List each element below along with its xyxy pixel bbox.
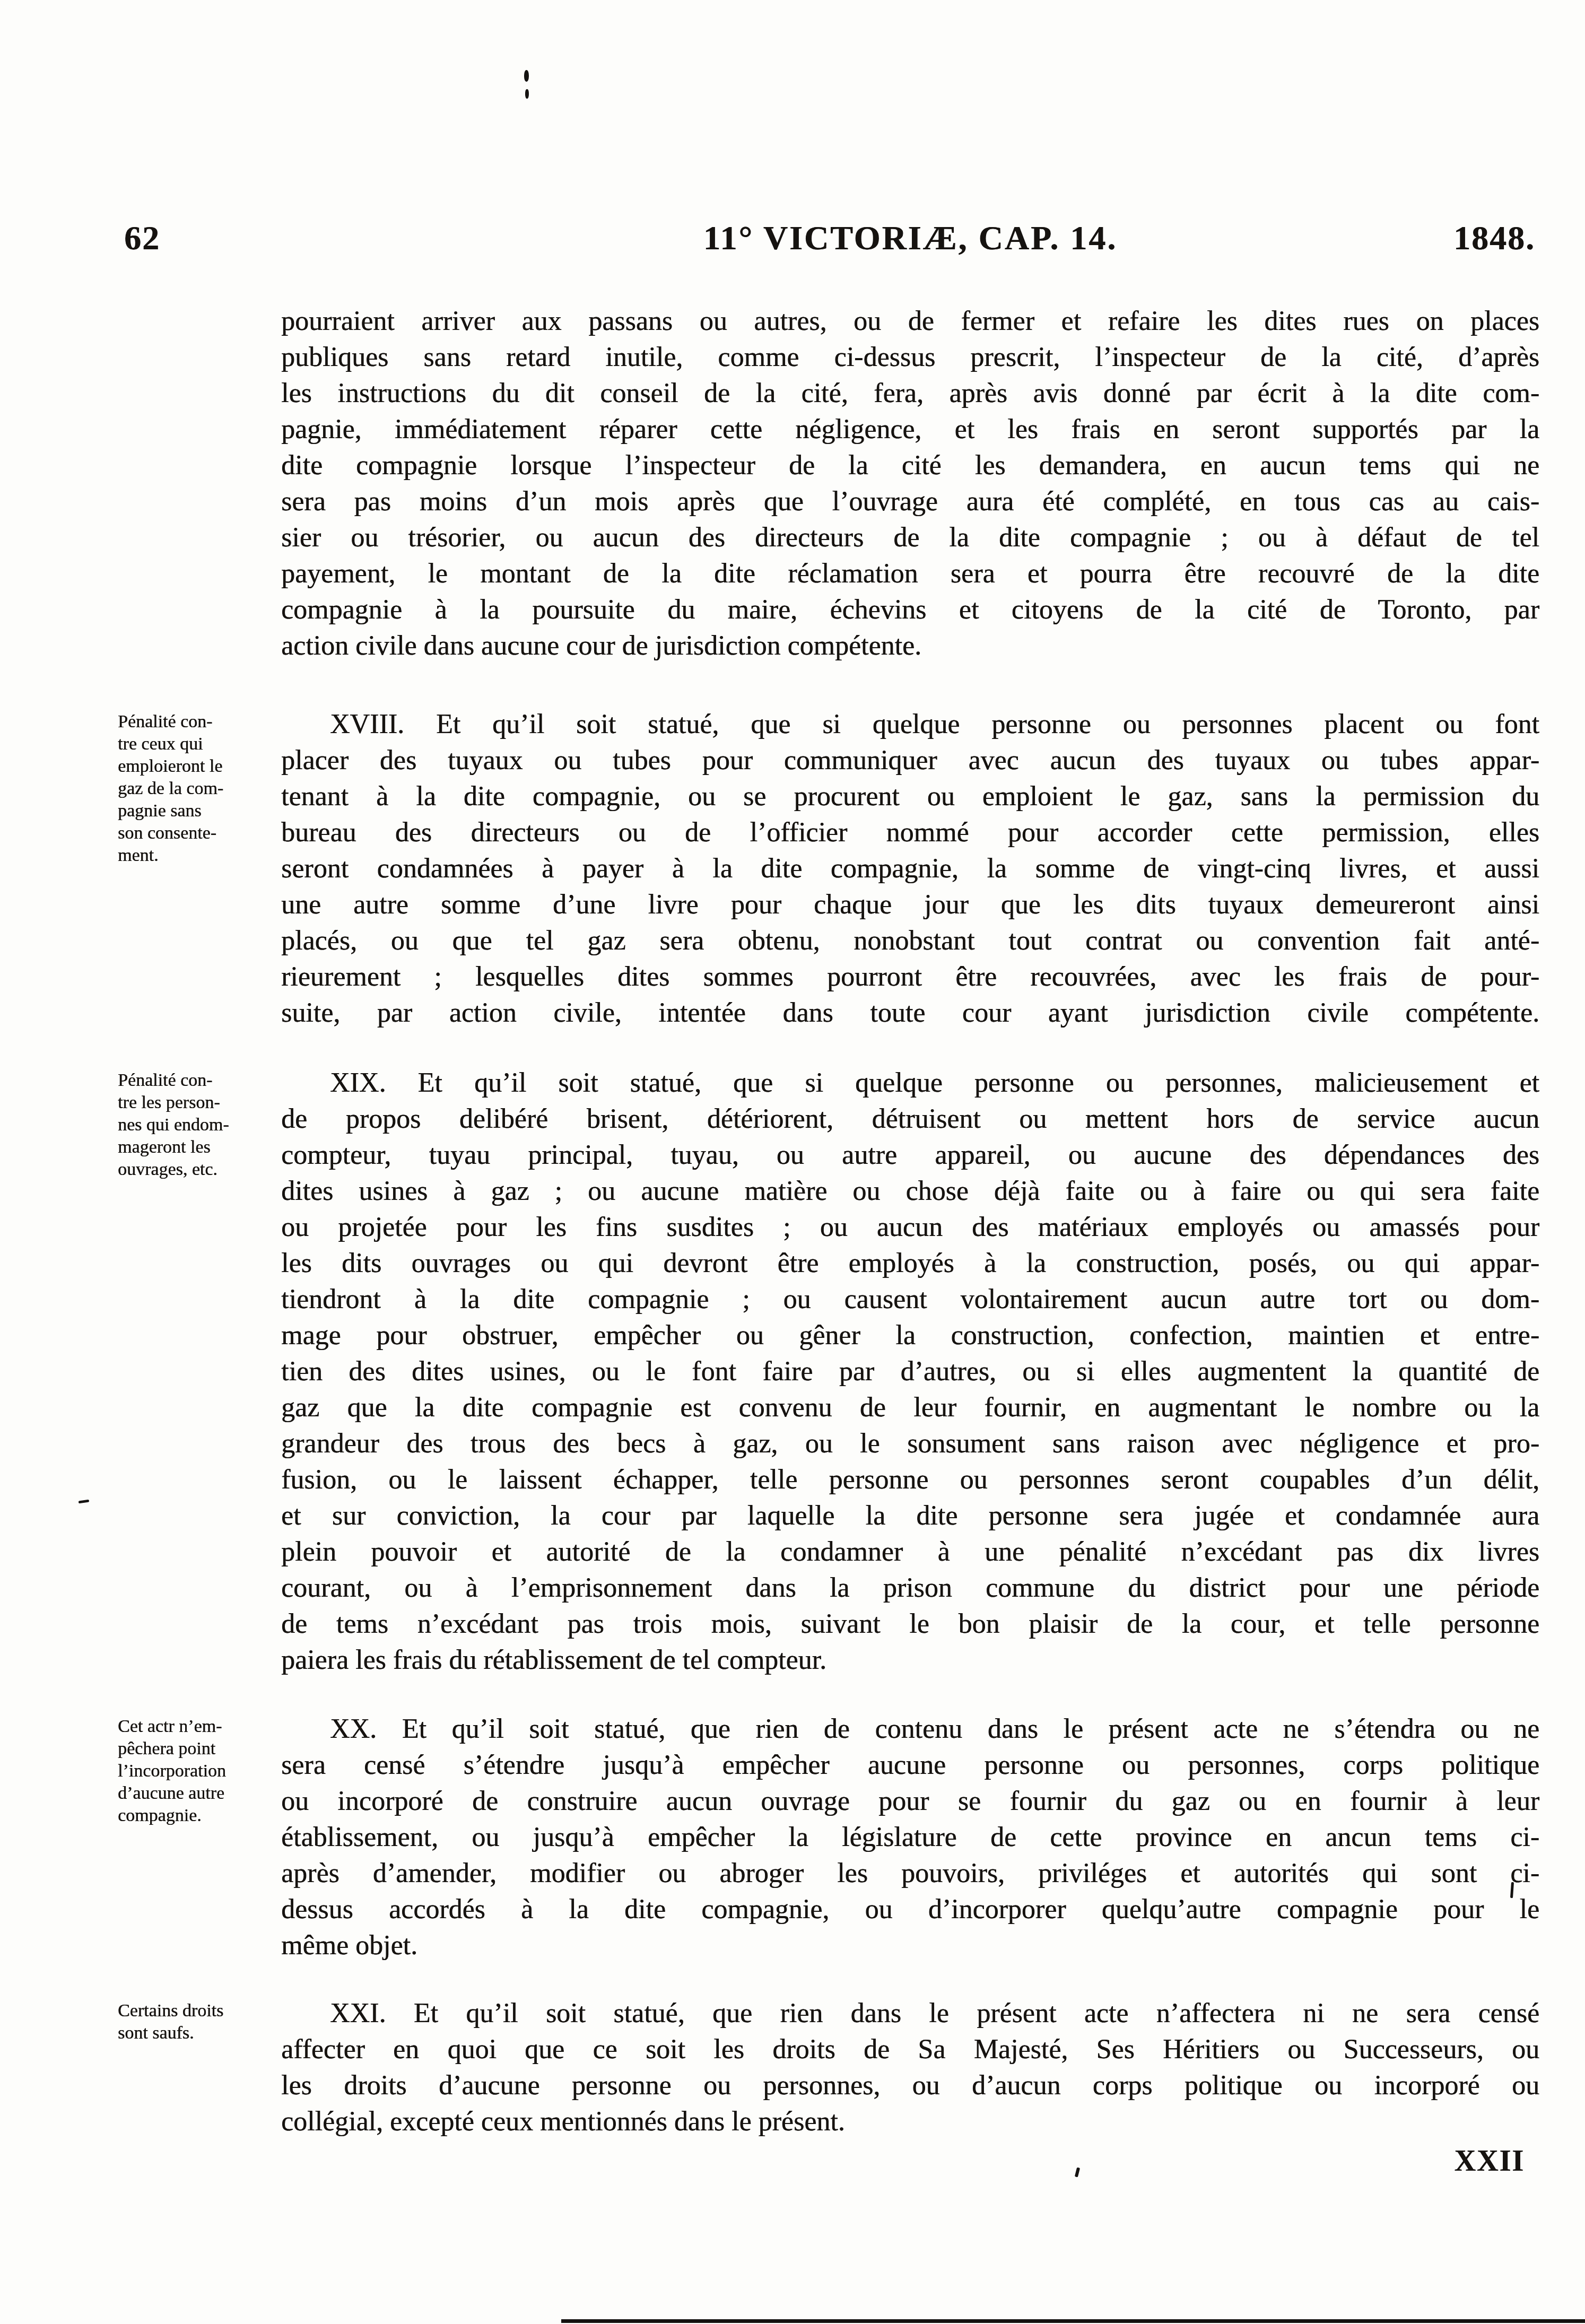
text-line: suite, par action civile, intentée dans … [281, 995, 1539, 1031]
paragraph-section-xviii: Pénalité con-tre ceux quiemploieront leg… [281, 707, 1539, 1031]
margin-note: Pénalité con-tre les person-nes qui endo… [118, 1069, 276, 1181]
page-number: 62 [124, 219, 160, 258]
text-line: publiques sans retard inutile, comme ci-… [281, 340, 1539, 376]
text-line: et sur conviction, la cour par laquelle … [281, 1498, 1539, 1534]
text-line: les instructions du dit conseil de la ci… [281, 376, 1539, 412]
paragraph-section-xxi: Certains droitssont saufs. XXI. Et qu’il… [281, 1996, 1539, 2140]
text-line: grandeur des trous des becs à gaz, ou le… [281, 1426, 1539, 1462]
margin-note-line: l’incorporation [118, 1760, 276, 1782]
margin-note-line: mageront les [118, 1136, 276, 1159]
document-page: 62 11° VICTORIÆ, CAP. 14. 1848. pourraie… [0, 0, 1585, 2324]
margin-note-line: d’aucune autre [118, 1782, 276, 1805]
text-line: pagnie, immédiatement réparer cette négl… [281, 412, 1539, 448]
text-line: sera pas moins d’un mois après que l’ouv… [281, 484, 1539, 520]
paragraph-lines: XIX. Et qu’il soit statué, que si quelqu… [281, 1065, 1539, 1678]
text-line: action civile dans aucune cour de jurisd… [281, 628, 1539, 664]
text-line: dites usines à gaz ; ou aucune matière o… [281, 1173, 1539, 1209]
text-line: de tems n’excédant pas trois mois, suiva… [281, 1606, 1539, 1642]
margin-note: Certains droitssont saufs. [118, 2000, 276, 2044]
text-line: compagnie à la poursuite du maire, échev… [281, 592, 1539, 628]
margin-note-line: emploieront le [118, 755, 276, 778]
margin-note-line: gaz de la com- [118, 778, 276, 800]
paragraph-lines: XXI. Et qu’il soit statué, que rien dans… [281, 1996, 1539, 2140]
text-line: sera censé s’étendre jusqu’à empêcher au… [281, 1747, 1539, 1783]
text-line: affecter en quoi que ce soit les droits … [281, 2032, 1539, 2068]
text-line: courant, ou à l’emprisonnement dans la p… [281, 1570, 1539, 1606]
margin-note-line: compagnie. [118, 1805, 276, 1827]
margin-note: Cet actr n’em-pêchera pointl’incorporati… [118, 1716, 276, 1827]
text-line: dite compagnie lorsque l’inspecteur de l… [281, 448, 1539, 484]
text-line: après d’amender, modifier ou abroger les… [281, 1856, 1539, 1892]
text-line: XXI. Et qu’il soit statué, que rien dans… [281, 1996, 1539, 2032]
text-line: tien des dites usines, ou le font faire … [281, 1354, 1539, 1390]
margin-note-line: Pénalité con- [118, 1069, 276, 1092]
text-line: XIX. Et qu’il soit statué, que si quelqu… [281, 1065, 1539, 1101]
paragraph-section-xix: Pénalité con-tre les person-nes qui endo… [281, 1065, 1539, 1678]
margin-note-line: ouvrages, etc. [118, 1159, 276, 1181]
text-line: même objet. [281, 1928, 1539, 1964]
text-line: plein pouvoir et autorité de la condamne… [281, 1534, 1539, 1570]
margin-note-line: son consente- [118, 822, 276, 845]
margin-note-line: tre les person- [118, 1092, 276, 1114]
margin-note-line: sont saufs. [118, 2022, 276, 2044]
running-title: 11° VICTORIÆ, CAP. 14. [281, 219, 1539, 258]
ink-spot [525, 89, 529, 99]
text-line: payement, le montant de la dite réclamat… [281, 556, 1539, 592]
text-line: rieurement ; lesquelles dites sommes pou… [281, 959, 1539, 995]
text-line: pourraient arriver aux passans ou autres… [281, 303, 1539, 340]
text-line: tenant à la dite compagnie, ou se procur… [281, 779, 1539, 815]
paragraph-lines: pourraient arriver aux passans ou autres… [281, 303, 1539, 664]
paragraph-section-xx: Cet actr n’em-pêchera pointl’incorporati… [281, 1711, 1539, 1964]
margin-note-line: tre ceux qui [118, 733, 276, 755]
text-line: sier ou trésorier, ou aucun des directeu… [281, 520, 1539, 556]
ink-spot [79, 1500, 90, 1504]
text-line: paiera les frais du rétablissement de te… [281, 1642, 1539, 1678]
text-line: gaz que la dite compagnie est convenu de… [281, 1390, 1539, 1426]
page-header: 62 11° VICTORIÆ, CAP. 14. 1848. [281, 219, 1539, 266]
paragraph-continuation: pourraient arriver aux passans ou autres… [281, 303, 1539, 664]
text-line: les droits d’aucune personne ou personne… [281, 2068, 1539, 2104]
margin-note-line: pêchera point [118, 1738, 276, 1760]
margin-note-line: Pénalité con- [118, 711, 276, 733]
year-label: 1848. [1453, 219, 1535, 258]
margin-note-line: ment. [118, 845, 276, 867]
text-line: bureau des directeurs ou de l’officier n… [281, 815, 1539, 851]
text-line: établissement, ou jusqu’à empêcher la lé… [281, 1820, 1539, 1856]
text-line: placer des tuyaux ou tubes pour communiq… [281, 743, 1539, 779]
text-line: les dits ouvrages ou qui devront être em… [281, 1246, 1539, 1282]
scan-edge-artifact [561, 2319, 1585, 2323]
text-line: XVIII. Et qu’il soit statué, que si quel… [281, 707, 1539, 743]
text-line: collégial, excepté ceux mentionnés dans … [281, 2104, 1539, 2140]
text-line: mage pour obstruer, empêcher ou gêner la… [281, 1318, 1539, 1354]
margin-note: Pénalité con-tre ceux quiemploieront leg… [118, 711, 276, 867]
text-line: dessus accordés à la dite compagnie, ou … [281, 1892, 1539, 1928]
text-line: une autre somme d’une livre pour chaque … [281, 887, 1539, 923]
margin-note-line: Cet actr n’em- [118, 1716, 276, 1738]
margin-note-line: nes qui endom- [118, 1114, 276, 1136]
text-line: ou incorporé de construire aucun ouvrage… [281, 1783, 1539, 1820]
margin-note-line: pagnie sans [118, 800, 276, 822]
text-line: placés, ou que tel gaz sera obtenu, nono… [281, 923, 1539, 959]
margin-note-line: Certains droits [118, 2000, 276, 2022]
text-line: compteur, tuyau principal, tuyau, ou aut… [281, 1137, 1539, 1173]
text-line: XX. Et qu’il soit statué, que rien de co… [281, 1711, 1539, 1747]
text-line: de propos delibéré brisent, détériorent,… [281, 1101, 1539, 1137]
text-line: fusion, ou le laissent échapper, telle p… [281, 1462, 1539, 1498]
text-line: ou projetée pour les fins susdites ; ou … [281, 1209, 1539, 1246]
ink-spot [524, 70, 529, 82]
paragraph-lines: XVIII. Et qu’il soit statué, que si quel… [281, 707, 1539, 1031]
paragraph-lines: XX. Et qu’il soit statué, que rien de co… [281, 1711, 1539, 1964]
text-line: seront condamnées à payer à la dite comp… [281, 851, 1539, 887]
text-line: tiendront à la dite compagnie ; ou cause… [281, 1282, 1539, 1318]
catchword: XXII [281, 2144, 1539, 2178]
